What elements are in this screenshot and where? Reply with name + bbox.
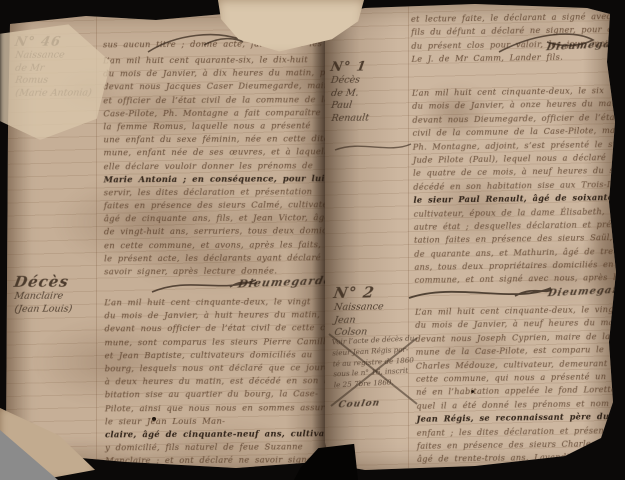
right-page-text: et lecture faite, le déclarant a signé a… bbox=[322, 0, 622, 474]
manuscript-line: devant nous officier de l’état civil de … bbox=[104, 322, 324, 336]
manuscript-line: une enfant du sexe féminin, née en cette… bbox=[103, 132, 323, 146]
manuscript-line: âgé de trente-trois ans, Lavandier, et J… bbox=[417, 450, 615, 466]
margin-entry-line: Naissance bbox=[333, 301, 384, 314]
manuscript-line: mune, enfant née de ses œuvres, et à laq… bbox=[104, 145, 324, 159]
margin-entry-lines: Décèsde M.PaulRenault bbox=[331, 74, 369, 125]
manuscript-line: claire, âgé de cinquante-neuf ans, culti… bbox=[105, 427, 325, 441]
manuscript-line: Le J. de Mr Camm, Lander fils. bbox=[411, 50, 609, 66]
signature-dieumegarde: Dieumegarde bbox=[547, 284, 625, 299]
manuscript-line: le présent acte, les déclarants ayant dé… bbox=[104, 251, 324, 265]
manuscript-line: bitation sise au quartier du bourg, la C… bbox=[105, 387, 325, 401]
manuscript-line: du mois de Janvier, à dix heures du mati… bbox=[103, 66, 323, 80]
manuscript-line: âgé de cinquante ans, fils, et Jean Vict… bbox=[104, 211, 324, 225]
manuscript-line: Marie Antonia ; en conséquence, pour lui bbox=[104, 172, 324, 186]
manuscript-line: y domicilié, fils naturel de feue Suzann… bbox=[105, 440, 325, 454]
margin-entry-lines: Manclaire(Jean Louis) bbox=[14, 291, 72, 316]
margin-entry-lines: NaissanceJeanColson bbox=[334, 301, 384, 339]
margin-entry-deces-renault: N° 1 Décèsde M.PaulRenault bbox=[331, 59, 369, 125]
manuscript-line: bourg, lesquels nous ont déclaré que ce … bbox=[105, 361, 325, 375]
margin-note-crossed: Voir l’acte de décès dusieur Jean Régis … bbox=[331, 333, 416, 391]
scanned-register-spread: sus aucun titre ; donné acte, fait et cl… bbox=[0, 0, 625, 480]
margin-entry-deces-manclaire: Décès Manclaire(Jean Louis) bbox=[14, 273, 72, 316]
right-page: et lecture faite, le déclarant a signé a… bbox=[325, 2, 618, 472]
margin-entry-line: Manclaire bbox=[13, 291, 72, 304]
act1-body: L’an mil huit cent cinquante-deux, le si… bbox=[412, 84, 613, 288]
manuscript-line: faites en présence des sieurs Charles Mé… bbox=[417, 437, 615, 453]
manuscript-line: devant nous Jacques Caser Dieumegarde, m… bbox=[103, 80, 323, 94]
margin-entry-naissance-colson: N° 2 NaissanceJeanColson bbox=[334, 283, 384, 339]
manuscript-line: commune, et ont signé avec nous, après l… bbox=[415, 272, 613, 288]
act2-body: L’an mil huit cent cinquante-deux, le vi… bbox=[415, 303, 615, 466]
manuscript-line: servir, les dites déclaration et présent… bbox=[104, 185, 324, 199]
manuscript-line: de vingt-huit ans, serruriers, tous deux… bbox=[104, 225, 324, 239]
act1-body: L’an mil huit cent quarante-six, le dix-… bbox=[103, 53, 324, 278]
margin-entry-line: Jean bbox=[333, 314, 384, 327]
margin-entry-line: Paul bbox=[330, 99, 369, 112]
manuscript-line: Manclaire ; et ont déclaré ne savoir sig… bbox=[105, 453, 325, 467]
manuscript-line: et officier de l’état civil de la commun… bbox=[103, 93, 323, 107]
manuscript-line: en cette commune, et avons, après les fa… bbox=[104, 238, 324, 252]
signature-coulon: Coulon bbox=[337, 399, 381, 411]
continuation-body: et lecture faite, le déclarant a signé a… bbox=[411, 10, 610, 66]
act-heading: Décès bbox=[13, 272, 74, 290]
manuscript-line: elle déclare vouloir donner les prénoms … bbox=[104, 159, 324, 173]
manuscript-line: la femme Romus, laquelle nous a présenté bbox=[103, 119, 323, 133]
margin-entry-line: Renault bbox=[331, 112, 370, 125]
manuscript-line: L’an mil huit cent quarante-six, le dix-… bbox=[103, 53, 323, 67]
manuscript-line: le sieur Jean Louis Man- bbox=[105, 414, 325, 428]
margin-entry-line: Décès bbox=[330, 74, 369, 87]
manuscript-line: du mois de Janvier, à huit heures du mat… bbox=[104, 308, 324, 322]
manuscript-line: Pilote, ainsi que nous nous en sommes as… bbox=[105, 401, 325, 415]
margin-entry-line: (Jean Louis) bbox=[14, 303, 73, 316]
manuscript-line: et Jean Baptiste, cultivateurs domicilié… bbox=[105, 348, 325, 362]
manuscript-line: faites en présence des sieurs Calmé, cul… bbox=[104, 198, 324, 212]
act-number: N° 2 bbox=[332, 283, 384, 302]
manuscript-line: à deux heures du matin, est décédé en so… bbox=[105, 374, 325, 388]
manuscript-line: L’an mil huit cent cinquante-deux, le vi… bbox=[104, 295, 324, 309]
margin-entry-line: de M. bbox=[330, 87, 369, 100]
manuscript-line: Case-Pilote, Ph. Montagne a fait compara… bbox=[103, 106, 323, 120]
manuscript-line: mune, sont comparus les sieurs Pierre Ca… bbox=[105, 335, 325, 349]
act2-body: L’an mil huit cent cinquante-deux, le vi… bbox=[104, 295, 325, 468]
act-number: N° 1 bbox=[329, 59, 369, 75]
